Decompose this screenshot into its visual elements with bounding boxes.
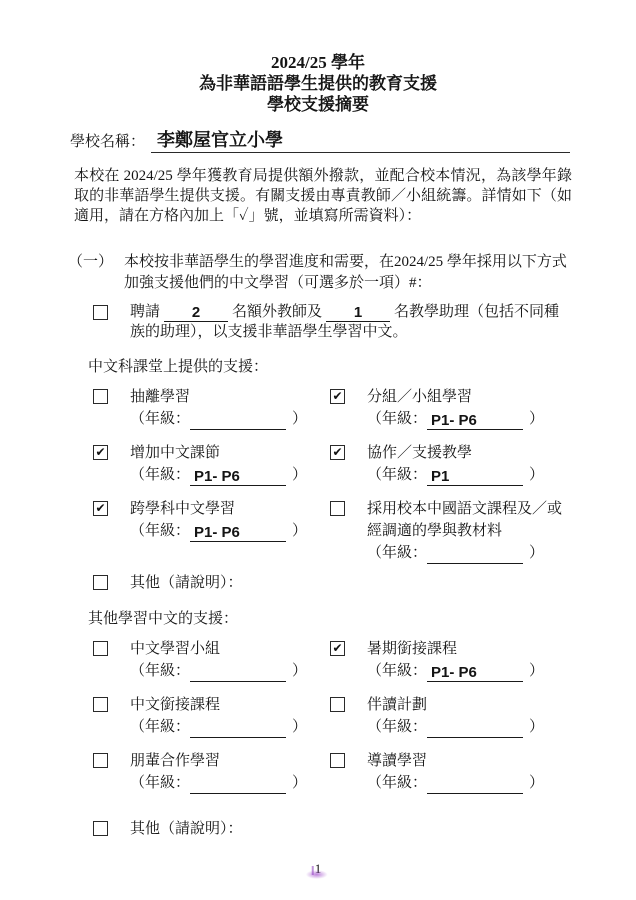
option-label: 抽離學習	[130, 386, 307, 408]
grade-suffix: ）	[529, 719, 544, 735]
grade-suffix: ）	[292, 775, 307, 791]
option-pullout-checkbox[interactable]	[93, 389, 108, 404]
grade-field[interactable]	[190, 681, 286, 682]
hire-staff-checkbox[interactable]	[93, 305, 108, 320]
other-support-heading: 其他學習中文的支援：	[88, 608, 572, 630]
other-support-other-checkbox[interactable]	[93, 821, 108, 836]
option-chinese-bridging: 中文銜接課程 （年級：）	[93, 694, 330, 738]
grade-prefix: （年級：	[130, 467, 190, 483]
grade-line: （年級：）	[130, 716, 307, 738]
option-guided-reading-checkbox[interactable]	[330, 753, 345, 768]
hire-middle: 名額外教師及	[232, 304, 322, 320]
grade-prefix: （年級：	[367, 467, 427, 483]
grade-suffix: ）	[529, 545, 544, 561]
option-guided-reading: 導讀學習 （年級：）	[330, 750, 572, 794]
grade-field[interactable]	[190, 429, 286, 430]
option-group-checkbox[interactable]: ✔	[330, 389, 345, 404]
option-label: 其他（請說明）：	[130, 572, 243, 594]
grade-line: （年級：）	[367, 716, 544, 738]
other-support-grid: 中文學習小組 （年級：） ✔ 暑期銜接課程 （年級：P1- P6） 中文銜接課程…	[93, 638, 572, 794]
grade-field[interactable]	[190, 737, 286, 738]
option-chinese-bridging-checkbox[interactable]	[93, 697, 108, 712]
document-page: 2024/25 學年 為非華語語學生提供的教育支援 學校支援摘要 學校名稱： 李…	[0, 0, 636, 900]
classroom-support-heading: 中文科課堂上提供的支援：	[88, 356, 572, 378]
grade-line: （年級：P1- P6）	[367, 408, 544, 430]
teachers-count-field[interactable]: 2	[164, 304, 228, 322]
grade-prefix: （年級：	[130, 663, 190, 679]
section-1-heading-text: 本校按非華語學生的學習進度和需要，在2024/25 學年採用以下方式加強支援他們…	[124, 252, 572, 294]
grade-field[interactable]	[427, 737, 523, 738]
grade-line: （年級：P1- P6）	[130, 520, 307, 542]
grade-suffix: ）	[292, 719, 307, 735]
classroom-support-grid: 抽離學習 （年級：） ✔ 分組／小組學習 （年級：P1- P6） ✔ 增加中文課…	[93, 386, 572, 564]
option-label: 暑期銜接課程	[367, 638, 544, 660]
grade-prefix: （年級：	[130, 719, 190, 735]
grade-suffix: ）	[529, 775, 544, 791]
grade-suffix: ）	[529, 467, 544, 483]
grade-prefix: （年級：	[367, 719, 427, 735]
option-label: 其他（請說明）：	[130, 818, 243, 840]
grade-suffix: ）	[292, 467, 307, 483]
section-1-heading: （一） 本校按非華語學生的學習進度和需要，在2024/25 學年採用以下方式加強…	[68, 252, 572, 294]
option-peer-learning-checkbox[interactable]	[93, 753, 108, 768]
title-line-programme: 為非華語語學生提供的教育支援	[0, 73, 636, 94]
classroom-other-option: 其他（請說明）：	[93, 572, 572, 594]
grade-prefix: （年級：	[130, 411, 190, 427]
grade-line: （年級：）	[367, 772, 544, 794]
option-co-teaching: ✔ 協作／支援教學 （年級：P1）	[330, 442, 572, 486]
option-label: 中文銜接課程	[130, 694, 307, 716]
option-school-based-checkbox[interactable]	[330, 501, 345, 516]
option-reading-companion: 伴讀計劃 （年級：）	[330, 694, 572, 738]
grade-prefix: （年級：	[130, 523, 190, 539]
option-label: 跨學科中文學習	[130, 498, 307, 520]
option-label: 導讀學習	[367, 750, 544, 772]
grade-field[interactable]: P1- P6	[190, 468, 286, 486]
grade-prefix: （年級：	[367, 411, 427, 427]
grade-prefix: （年級：	[130, 775, 190, 791]
option-summer-bridging: ✔ 暑期銜接課程 （年級：P1- P6）	[330, 638, 572, 682]
grade-field[interactable]	[427, 563, 523, 564]
grade-suffix: ）	[292, 411, 307, 427]
option-reading-companion-checkbox[interactable]	[330, 697, 345, 712]
option-school-based-curriculum: 採用校本中國語文課程及／或經調適的學與教材料 （年級：）	[330, 498, 572, 564]
document-title: 2024/25 學年 為非華語語學生提供的教育支援 學校支援摘要	[0, 0, 636, 115]
grade-field[interactable]: P1- P6	[190, 524, 286, 542]
option-co-teaching-checkbox[interactable]: ✔	[330, 445, 345, 460]
option-label: 增加中文課節	[130, 442, 307, 464]
option-label: 中文學習小組	[130, 638, 307, 660]
title-line-summary: 學校支援摘要	[0, 94, 636, 115]
grade-line: （年級：）	[130, 660, 307, 682]
option-label: 分組／小組學習	[367, 386, 544, 408]
grade-suffix: ）	[529, 411, 544, 427]
option-label: 協作／支援教學	[367, 442, 544, 464]
grade-field[interactable]	[190, 793, 286, 794]
school-name-label: 學校名稱：	[70, 130, 145, 153]
option-label: 伴讀計劃	[367, 694, 544, 716]
grade-line: （年級：P1- P6）	[367, 660, 544, 682]
option-cross-curricular: ✔ 跨學科中文學習 （年級：P1- P6）	[93, 498, 330, 564]
option-extra-chinese-lessons: ✔ 增加中文課節 （年級：P1- P6）	[93, 442, 330, 486]
classroom-other-checkbox[interactable]	[93, 575, 108, 590]
grade-line: （年級：P1）	[367, 464, 544, 486]
option-label: 朋輩合作學習	[130, 750, 307, 772]
title-line-year: 2024/25 學年	[0, 52, 636, 73]
assistants-count-field[interactable]: 1	[326, 304, 390, 322]
grade-line: （年級：）	[130, 772, 307, 794]
grade-field[interactable]: P1- P6	[427, 412, 523, 430]
grade-suffix: ）	[292, 523, 307, 539]
grade-prefix: （年級：	[367, 545, 427, 561]
grade-prefix: （年級：	[367, 663, 427, 679]
hire-staff-option: 聘請2名額外教師及1名教學助理（包括不同種族的助理），以支援非華語學生學習中文。	[93, 302, 572, 342]
option-learning-group-checkbox[interactable]	[93, 641, 108, 656]
option-summer-bridging-checkbox[interactable]: ✔	[330, 641, 345, 656]
option-chinese-learning-group: 中文學習小組 （年級：）	[93, 638, 330, 682]
page-number: 1	[315, 862, 322, 876]
option-pullout-learning: 抽離學習 （年級：）	[93, 386, 330, 430]
hire-prefix: 聘請	[130, 304, 160, 320]
grade-suffix: ）	[292, 663, 307, 679]
grade-line: （年級：P1- P6）	[130, 464, 307, 486]
option-label: 採用校本中國語文課程及／或經調適的學與教材料	[367, 498, 572, 542]
option-peer-learning: 朋輩合作學習 （年級：）	[93, 750, 330, 794]
grade-suffix: ）	[529, 663, 544, 679]
school-name-line: 學校名稱： 李鄭屋官立小學	[70, 129, 570, 153]
grade-prefix: （年級：	[367, 775, 427, 791]
option-cross-curricular-checkbox[interactable]: ✔	[93, 501, 108, 516]
school-name-field[interactable]: 李鄭屋官立小學	[151, 129, 570, 153]
other-support-other-option: 其他（請說明）：	[93, 818, 572, 840]
grade-field[interactable]: P1	[427, 468, 523, 486]
section-1-marker: （一）	[68, 252, 116, 294]
grade-field[interactable]	[427, 793, 523, 794]
option-extra-lessons-checkbox[interactable]: ✔	[93, 445, 108, 460]
grade-line: （年級：）	[367, 542, 572, 564]
grade-field[interactable]: P1- P6	[427, 664, 523, 682]
hire-staff-text: 聘請2名額外教師及1名教學助理（包括不同種族的助理），以支援非華語學生學習中文。	[130, 302, 572, 342]
grade-line: （年級：）	[130, 408, 307, 430]
intro-paragraph: 本校在 2024/25 學年獲教育局提供額外撥款，並配合校本情況，為該學年錄取的…	[74, 166, 572, 226]
option-group-learning: ✔ 分組／小組學習 （年級：P1- P6）	[330, 386, 572, 430]
